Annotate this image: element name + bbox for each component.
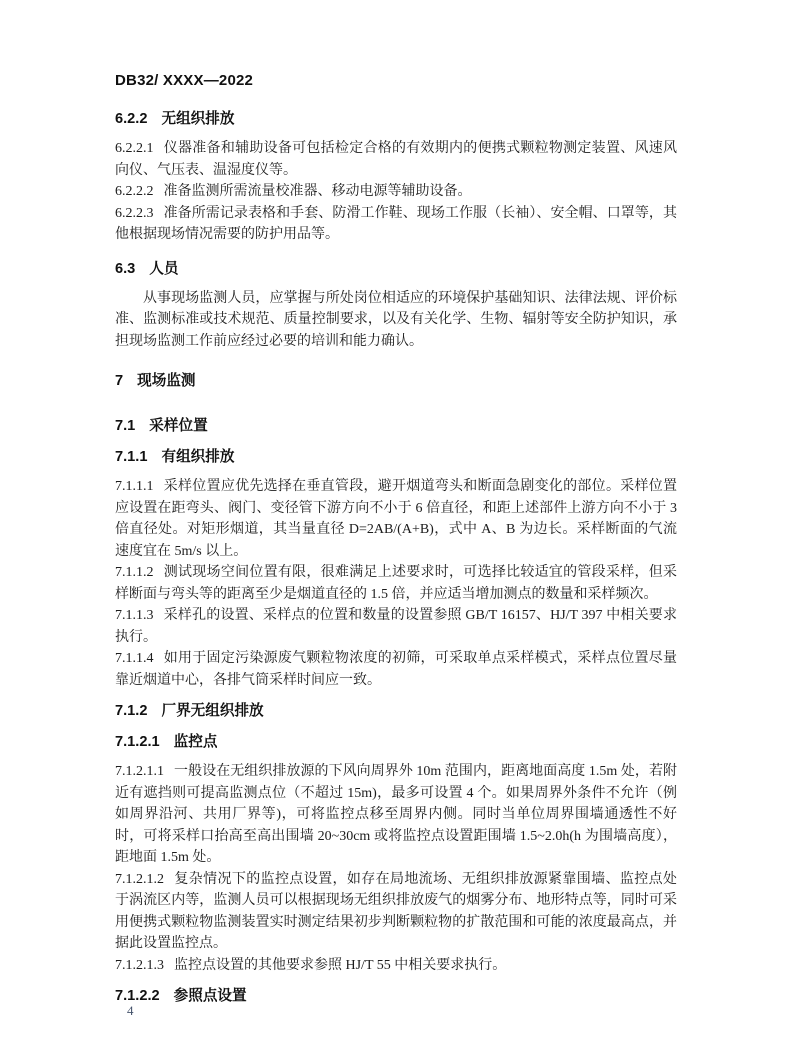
- clause-number: 7.1.1: [115, 449, 147, 465]
- clause-paragraph: 7.1.2.1.1一般设在无组织排放源的下风向周界外 10m 范围内，距离地面高…: [115, 761, 677, 869]
- clause-paragraph: 6.2.2.1仪器准备和辅助设备可包括检定合格的有效期内的便携式颗粒物测定装置、…: [115, 138, 677, 181]
- clause-number: 7: [115, 373, 123, 389]
- clause-text: 人员: [149, 261, 178, 277]
- clause-number: 6.2.2: [115, 111, 147, 127]
- clause-number: 7.1.2.1.2: [115, 872, 164, 887]
- clause-paragraph: 7.1.2.1.3监控点设置的其他要求参照 HJ/T 55 中相关要求执行。: [115, 955, 677, 977]
- document-header-code: DB32/ XXXX—2022: [115, 70, 677, 92]
- clause-text: 如用于固定污染源废气颗粒物浓度的初筛，可采取单点采样模式，采样点位置尽量靠近烟道…: [115, 651, 677, 688]
- clause-paragraph: 7.1.2.1.2复杂情况下的监控点设置，如存在局地流场、无组织排放源紧靠围墙、…: [115, 869, 677, 955]
- clause-paragraph: 6.2.2.3准备所需记录表格和手套、防滑工作鞋、现场工作服（长袖）、安全帽、口…: [115, 203, 677, 246]
- clause-number: 7.1.1.3: [115, 608, 154, 623]
- clause-number: 6.2.2.1: [115, 141, 154, 156]
- clause-text: 准备所需记录表格和手套、防滑工作鞋、现场工作服（长袖）、安全帽、口罩等，其他根据…: [115, 206, 677, 243]
- section-heading: 7.1.2厂界无组织排放: [115, 700, 677, 722]
- clause-text: 无组织排放: [161, 111, 234, 127]
- section-heading: 7.1.1有组织排放: [115, 446, 677, 468]
- clause-text: 厂界无组织排放: [161, 703, 263, 719]
- body-paragraph: 从事现场监测人员，应掌握与所处岗位相适应的环境保护基础知识、法律法规、评价标准、…: [115, 288, 677, 353]
- section-heading: 7.1.2.1监控点: [115, 731, 677, 753]
- clause-text: 采样位置应优先选择在垂直管段，避开烟道弯头和断面急剧变化的部位。采样位置应设置在…: [115, 479, 677, 559]
- clause-text: 从事现场监测人员，应掌握与所处岗位相适应的环境保护基础知识、法律法规、评价标准、…: [115, 291, 677, 349]
- document-blocks: 6.2.2无组织排放6.2.2.1仪器准备和辅助设备可包括检定合格的有效期内的便…: [115, 108, 677, 1007]
- clause-text: 有组织排放: [161, 449, 234, 465]
- clause-text: 采样位置: [149, 418, 207, 434]
- clause-paragraph: 7.1.1.4如用于固定污染源废气颗粒物浓度的初筛，可采取单点采样模式，采样点位…: [115, 648, 677, 691]
- document-page: DB32/ XXXX—2022 6.2.2无组织排放6.2.2.1仪器准备和辅助…: [0, 0, 788, 1040]
- clause-paragraph: 6.2.2.2准备监测所需流量校准器、移动电源等辅助设备。: [115, 181, 677, 203]
- document-content: DB32/ XXXX—2022 6.2.2无组织排放6.2.2.1仪器准备和辅助…: [115, 70, 677, 1015]
- clause-paragraph: 7.1.1.1采样位置应优先选择在垂直管段，避开烟道弯头和断面急剧变化的部位。采…: [115, 476, 677, 562]
- clause-number: 7.1.1.2: [115, 565, 154, 580]
- clause-text: 监控点: [174, 734, 218, 750]
- clause-text: 参照点设置: [174, 988, 247, 1004]
- clause-text: 现场监测: [137, 373, 195, 389]
- clause-text: 复杂情况下的监控点设置，如存在局地流场、无组织排放源紧靠围墙、监控点处于涡流区内…: [115, 872, 677, 952]
- clause-number: 7.1.2.1.1: [115, 764, 164, 779]
- clause-number: 7.1.2.1.3: [115, 958, 164, 973]
- section-heading: 6.3人员: [115, 258, 677, 280]
- clause-number: 6.2.2.3: [115, 206, 154, 221]
- clause-text: 一般设在无组织排放源的下风向周界外 10m 范围内，距离地面高度 1.5m 处，…: [115, 764, 677, 865]
- section-heading: 7.1.2.2参照点设置: [115, 985, 677, 1007]
- clause-number: 7.1.2: [115, 703, 147, 719]
- clause-text: 准备监测所需流量校准器、移动电源等辅助设备。: [164, 184, 472, 199]
- clause-text: 测试现场空间位置有限，很难满足上述要求时，可选择比较适宜的管段采样，但采样断面与…: [115, 565, 677, 602]
- section-heading: 7.1采样位置: [115, 415, 677, 437]
- clause-number: 7.1.1.4: [115, 651, 154, 666]
- clause-number: 7.1.2.1: [115, 734, 160, 750]
- clause-text: 仪器准备和辅助设备可包括检定合格的有效期内的便携式颗粒物测定装置、风速风向仪、气…: [115, 141, 677, 178]
- clause-number: 7.1: [115, 418, 135, 434]
- clause-text: 监控点设置的其他要求参照 HJ/T 55 中相关要求执行。: [174, 958, 506, 973]
- clause-paragraph: 7.1.1.2测试现场空间位置有限，很难满足上述要求时，可选择比较适宜的管段采样…: [115, 562, 677, 605]
- section-heading: 7现场监测: [115, 370, 677, 392]
- clause-paragraph: 7.1.1.3采样孔的设置、采样点的位置和数量的设置参照 GB/T 16157、…: [115, 605, 677, 648]
- clause-number: 7.1.2.2: [115, 988, 160, 1004]
- section-heading: 6.2.2无组织排放: [115, 108, 677, 130]
- clause-number: 6.2.2.2: [115, 184, 154, 199]
- clause-number: 6.3: [115, 261, 135, 277]
- clause-text: 采样孔的设置、采样点的位置和数量的设置参照 GB/T 16157、HJ/T 39…: [115, 608, 677, 645]
- clause-number: 7.1.1.1: [115, 479, 154, 494]
- page-number: 4: [127, 1003, 134, 1019]
